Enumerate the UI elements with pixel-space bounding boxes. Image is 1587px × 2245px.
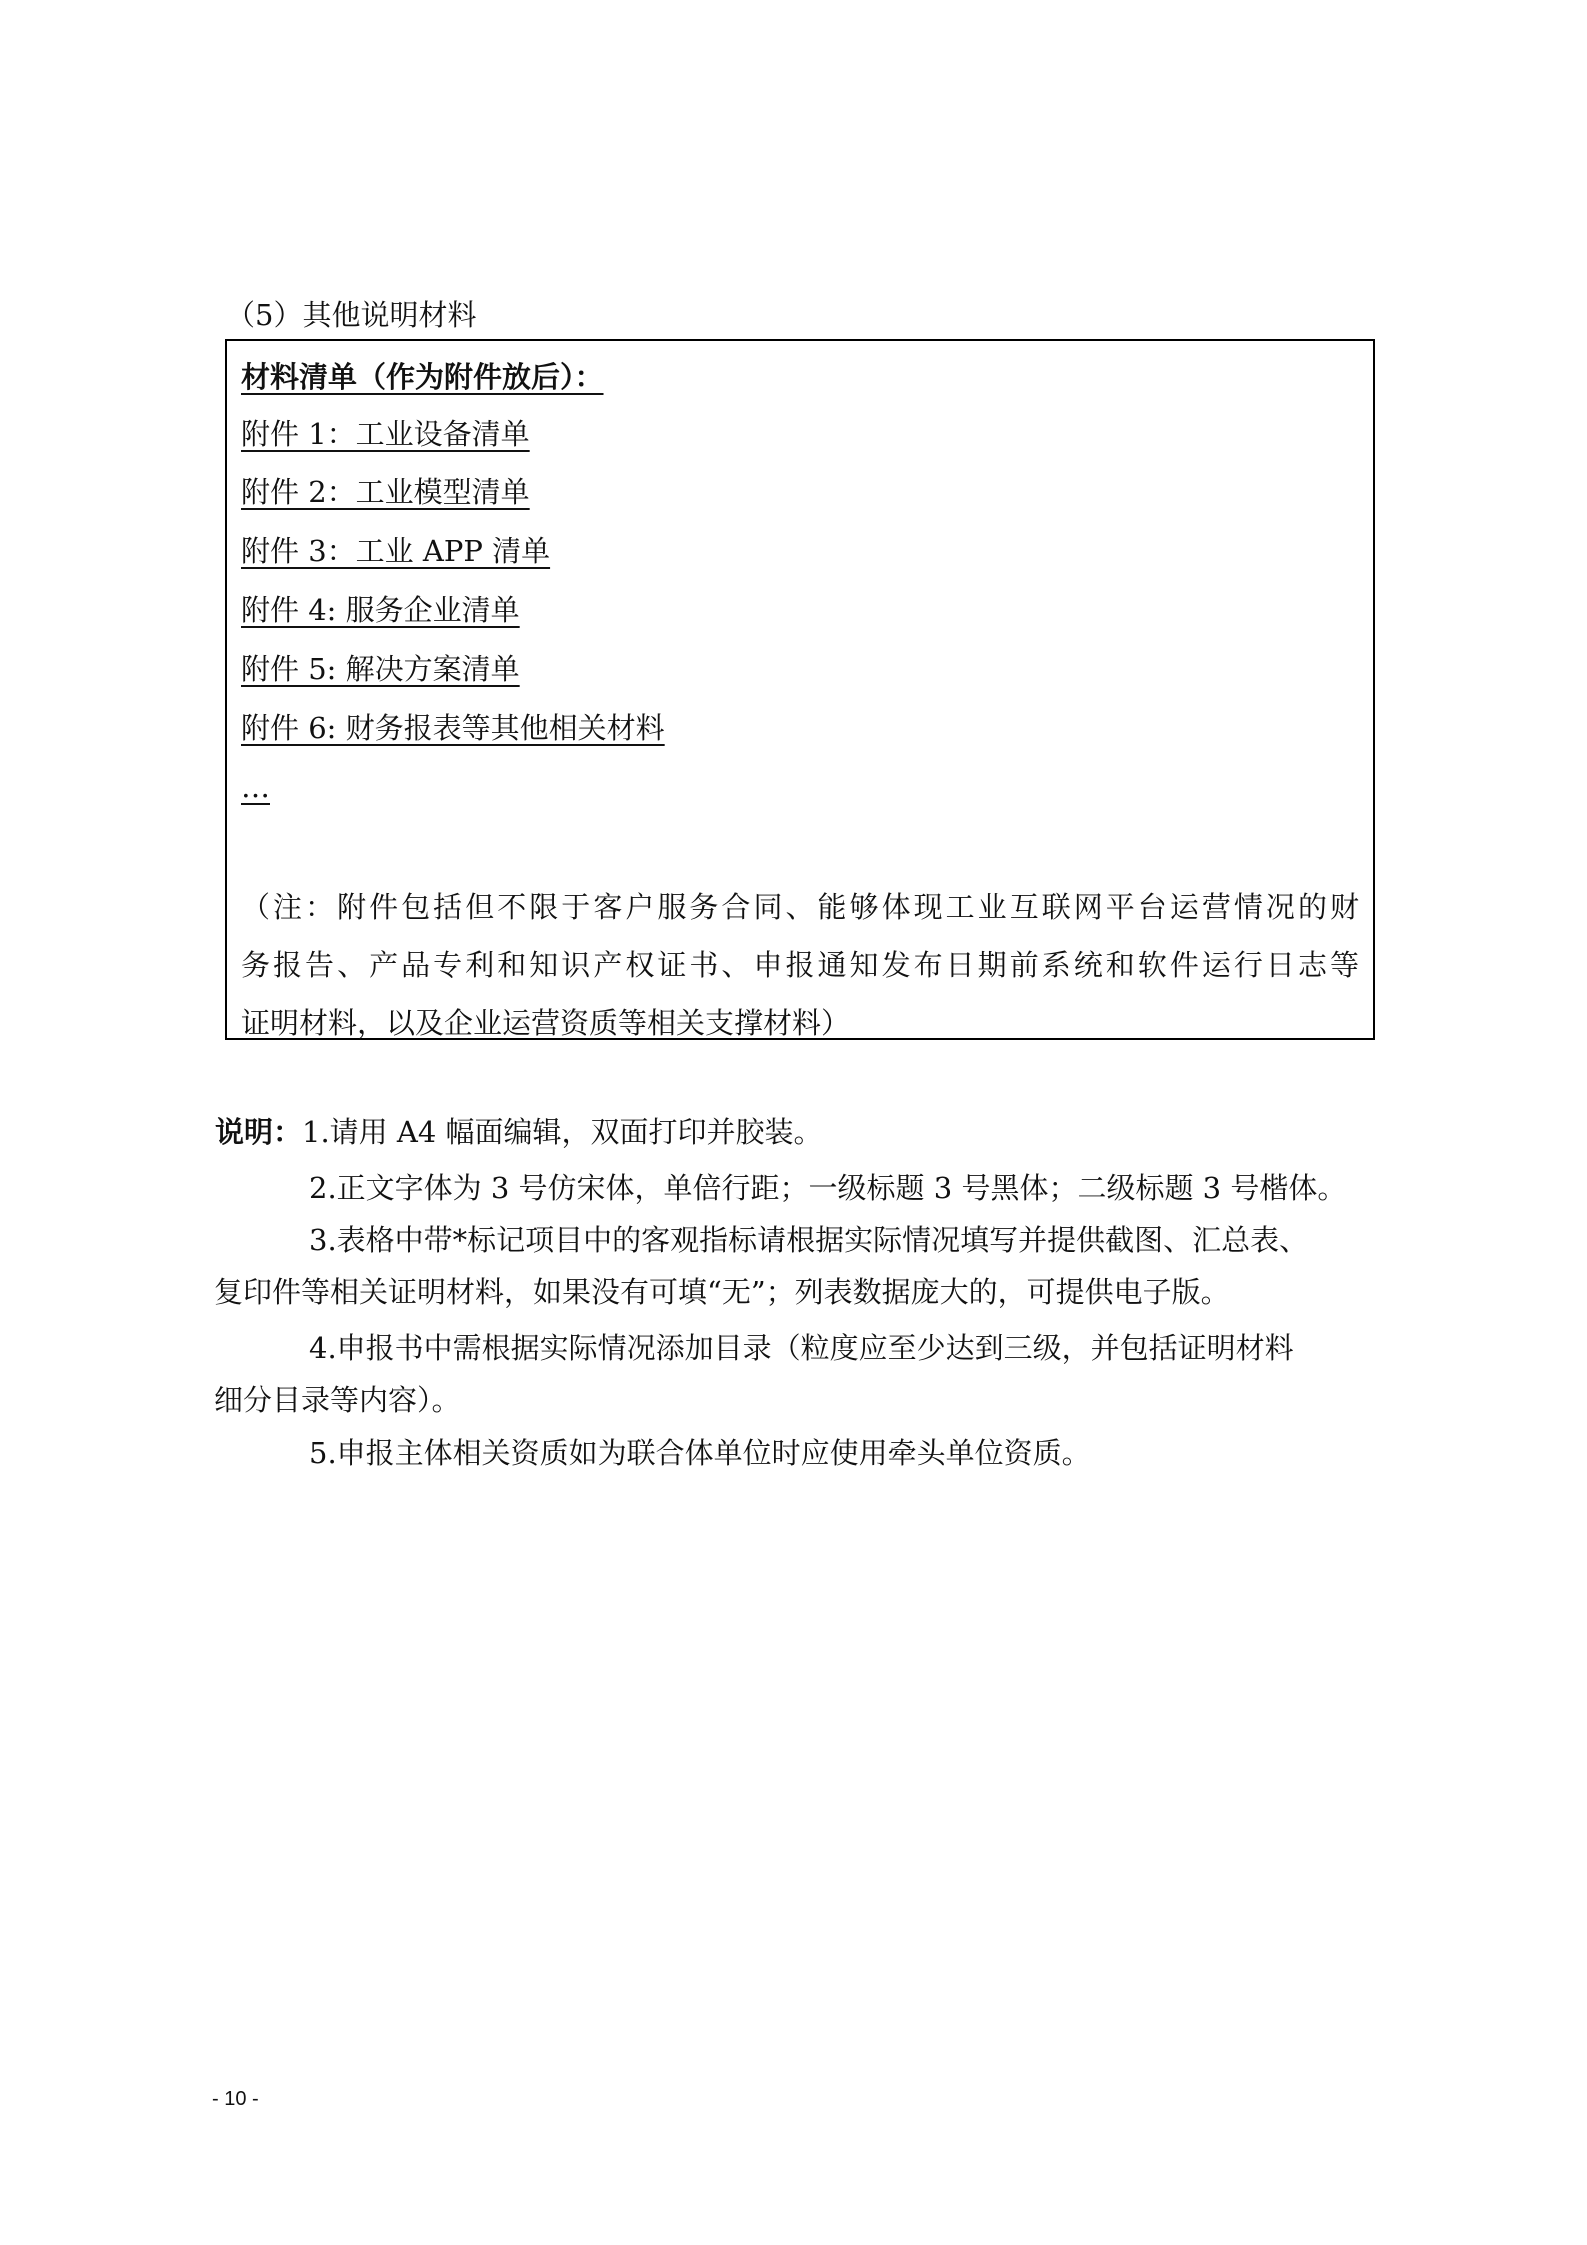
attachment-item-3: 附件 3：工业 APP 清单 <box>241 533 550 569</box>
materials-list-title: 材料清单（作为附件放后）： <box>241 359 604 395</box>
explanation-line-4-cont: 细分目录等内容）。 <box>214 1382 461 1418</box>
explanation-line-2: 2.正文字体为 3 号仿宋体，单倍行距；一级标题 3 号黑体；二级标题 3 号楷… <box>309 1170 1346 1206</box>
attachment-item-6: 附件 6: 财务报表等其他相关材料 <box>241 710 665 746</box>
explanation-row-1: 说明：1.请用 A4 幅面编辑，双面打印并胶装。 <box>215 1114 823 1150</box>
section-heading: （5）其他说明材料 <box>226 296 476 334</box>
explanation-line-3: 3.表格中带*标记项目中的客观指标请根据实际情况填写并提供截图、汇总表、 <box>309 1222 1308 1258</box>
materials-list-box: 材料清单（作为附件放后）： 附件 1：工业设备清单 附件 2：工业模型清单 附件… <box>225 339 1375 1040</box>
note-line-1: （注：附件包括但不限于客户服务合同、能够体现工业互联网平台运营情况的财 <box>241 878 1359 936</box>
note-line-3: 证明材料，以及企业运营资质等相关支撑材料） <box>241 994 1359 1052</box>
attachment-item-4: 附件 4: 服务企业清单 <box>241 592 520 628</box>
explanation-line-1: 1.请用 A4 幅面编辑，双面打印并胶装。 <box>302 1115 823 1149</box>
page-number: - 10 - <box>212 2087 259 2111</box>
note-line-2: 务报告、产品专利和知识产权证书、申报通知发布日期前系统和软件运行日志等 <box>241 936 1359 994</box>
attachment-item-1: 附件 1：工业设备清单 <box>241 416 530 452</box>
explanation-line-5: 5.申报主体相关资质如为联合体单位时应使用牵头单位资质。 <box>309 1435 1091 1471</box>
explanation-line-4: 4.申报书中需根据实际情况添加目录（粒度应至少达到三级，并包括证明材料 <box>309 1330 1294 1366</box>
attachment-ellipsis: … <box>241 769 270 805</box>
attachment-note: （注：附件包括但不限于客户服务合同、能够体现工业互联网平台运营情况的财 务报告、… <box>241 878 1359 1052</box>
attachment-item-5: 附件 5: 解决方案清单 <box>241 651 520 687</box>
attachment-item-2: 附件 2：工业模型清单 <box>241 474 530 510</box>
explanation-line-3-cont: 复印件等相关证明材料，如果没有可填“无”；列表数据庞大的，可提供电子版。 <box>214 1274 1230 1310</box>
explanation-label: 说明： <box>215 1115 302 1149</box>
